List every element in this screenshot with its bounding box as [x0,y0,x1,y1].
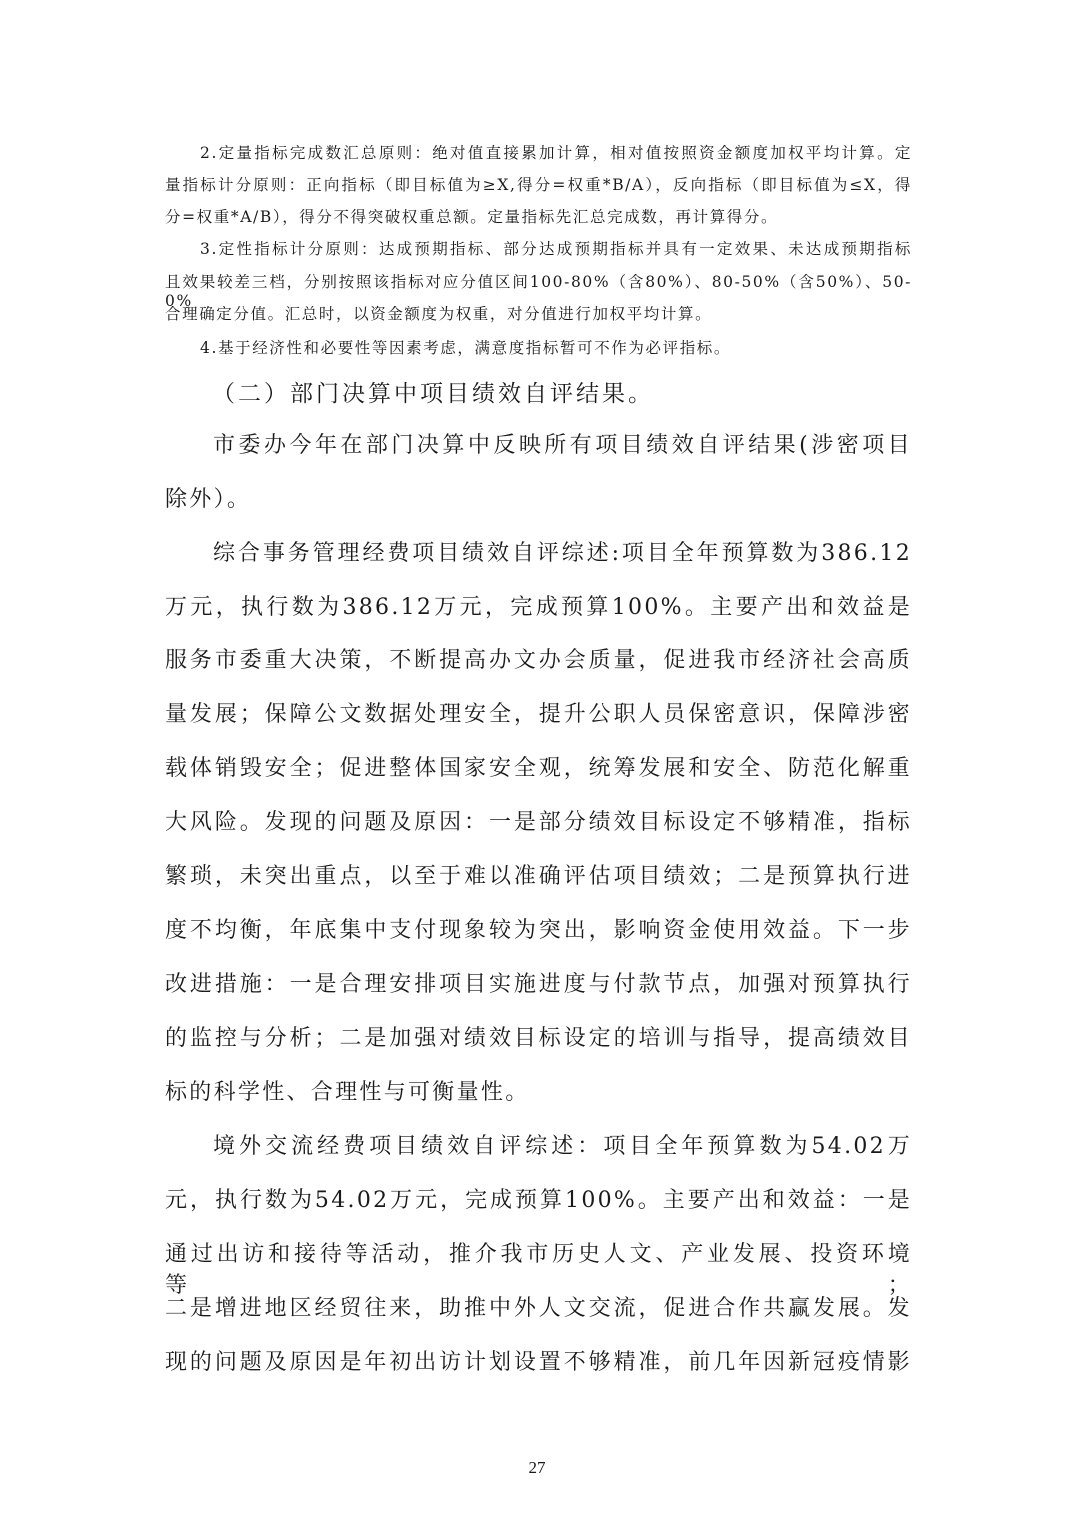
paragraph-3-line-3: 通过出访和接待等活动，推介我市历史人文、产业发展、投资环境等； [165,1237,912,1299]
note-2-line-1: 2.定量指标完成数汇总原则：绝对值直接累加计算，相对值按照资金额度加权平均计算。… [200,141,912,163]
note-2-line-2: 量指标计分原则：正向指标（即目标值为≥X,得分=权重*B/A），反向指标（即目标… [165,173,912,195]
paragraph-2-line-8: 度不均衡，年底集中支付现象较为突出，影响资金使用效益。下一步 [165,913,912,944]
note-3-line-1: 3.定性指标计分原则：达成预期指标、部分达成预期指标并具有一定效果、未达成预期指… [200,237,912,259]
page-number: 27 [0,1458,1074,1478]
paragraph-3-line-5: 现的问题及原因是年初出访计划设置不够精准，前几年因新冠疫情影 [165,1345,912,1376]
paragraph-2-line-11: 标的科学性、合理性与可衡量性。 [165,1075,530,1106]
note-3-line-3: 合理确定分值。汇总时，以资金额度为权重，对分值进行加权平均计算。 [165,302,712,324]
note-2-line-3: 分=权重*A/B），得分不得突破权重总额。定量指标先汇总完成数，再计算得分。 [165,205,778,227]
paragraph-2-line-6: 大风险。发现的问题及原因：一是部分绩效目标设定不够精准，指标 [165,805,912,836]
paragraph-3-line-1: 境外交流经费项目绩效自评综述：项目全年预算数为54.02万 [213,1129,912,1160]
document-page: 2.定量指标完成数汇总原则：绝对值直接累加计算，相对值按照资金额度加权平均计算。… [0,0,1074,1520]
section-heading: （二）部门决算中项目绩效自评结果。 [212,375,654,408]
paragraph-1-line-1: 市委办今年在部门决算中反映所有项目绩效自评结果(涉密项目 [213,428,912,459]
paragraph-3-line-2: 元，执行数为54.02万元，完成预算100%。主要产出和效益：一是 [165,1183,912,1214]
paragraph-2-line-7: 繁琐，未突出重点，以至于难以准确评估项目绩效；二是预算执行进 [165,859,912,890]
paragraph-2-line-9: 改进措施：一是合理安排项目实施进度与付款节点，加强对预算执行 [165,967,912,998]
paragraph-2-line-3: 服务市委重大决策，不断提高办文办会质量，促进我市经济社会高质 [165,643,912,674]
paragraph-3-line-4: 二是增进地区经贸往来，助推中外人文交流，促进合作共赢发展。发 [165,1291,912,1322]
paragraph-2-line-4: 量发展；保障公文数据处理安全，提升公职人员保密意识，保障涉密 [165,697,912,728]
paragraph-2-line-10: 的监控与分析；二是加强对绩效目标设定的培训与指导，提高绩效目 [165,1021,912,1052]
paragraph-2-line-2: 万元，执行数为386.12万元，完成预算100%。主要产出和效益是 [165,590,912,621]
paragraph-2-line-1: 综合事务管理经费项目绩效自评综述:项目全年预算数为386.12 [213,536,912,567]
note-4-line-1: 4.基于经济性和必要性等因素考虑，满意度指标暂可不作为必评指标。 [200,336,731,358]
paragraph-2-line-5: 载体销毁安全；促进整体国家安全观，统筹发展和安全、防范化解重 [165,751,912,782]
paragraph-1-line-2: 除外）。 [165,482,251,513]
